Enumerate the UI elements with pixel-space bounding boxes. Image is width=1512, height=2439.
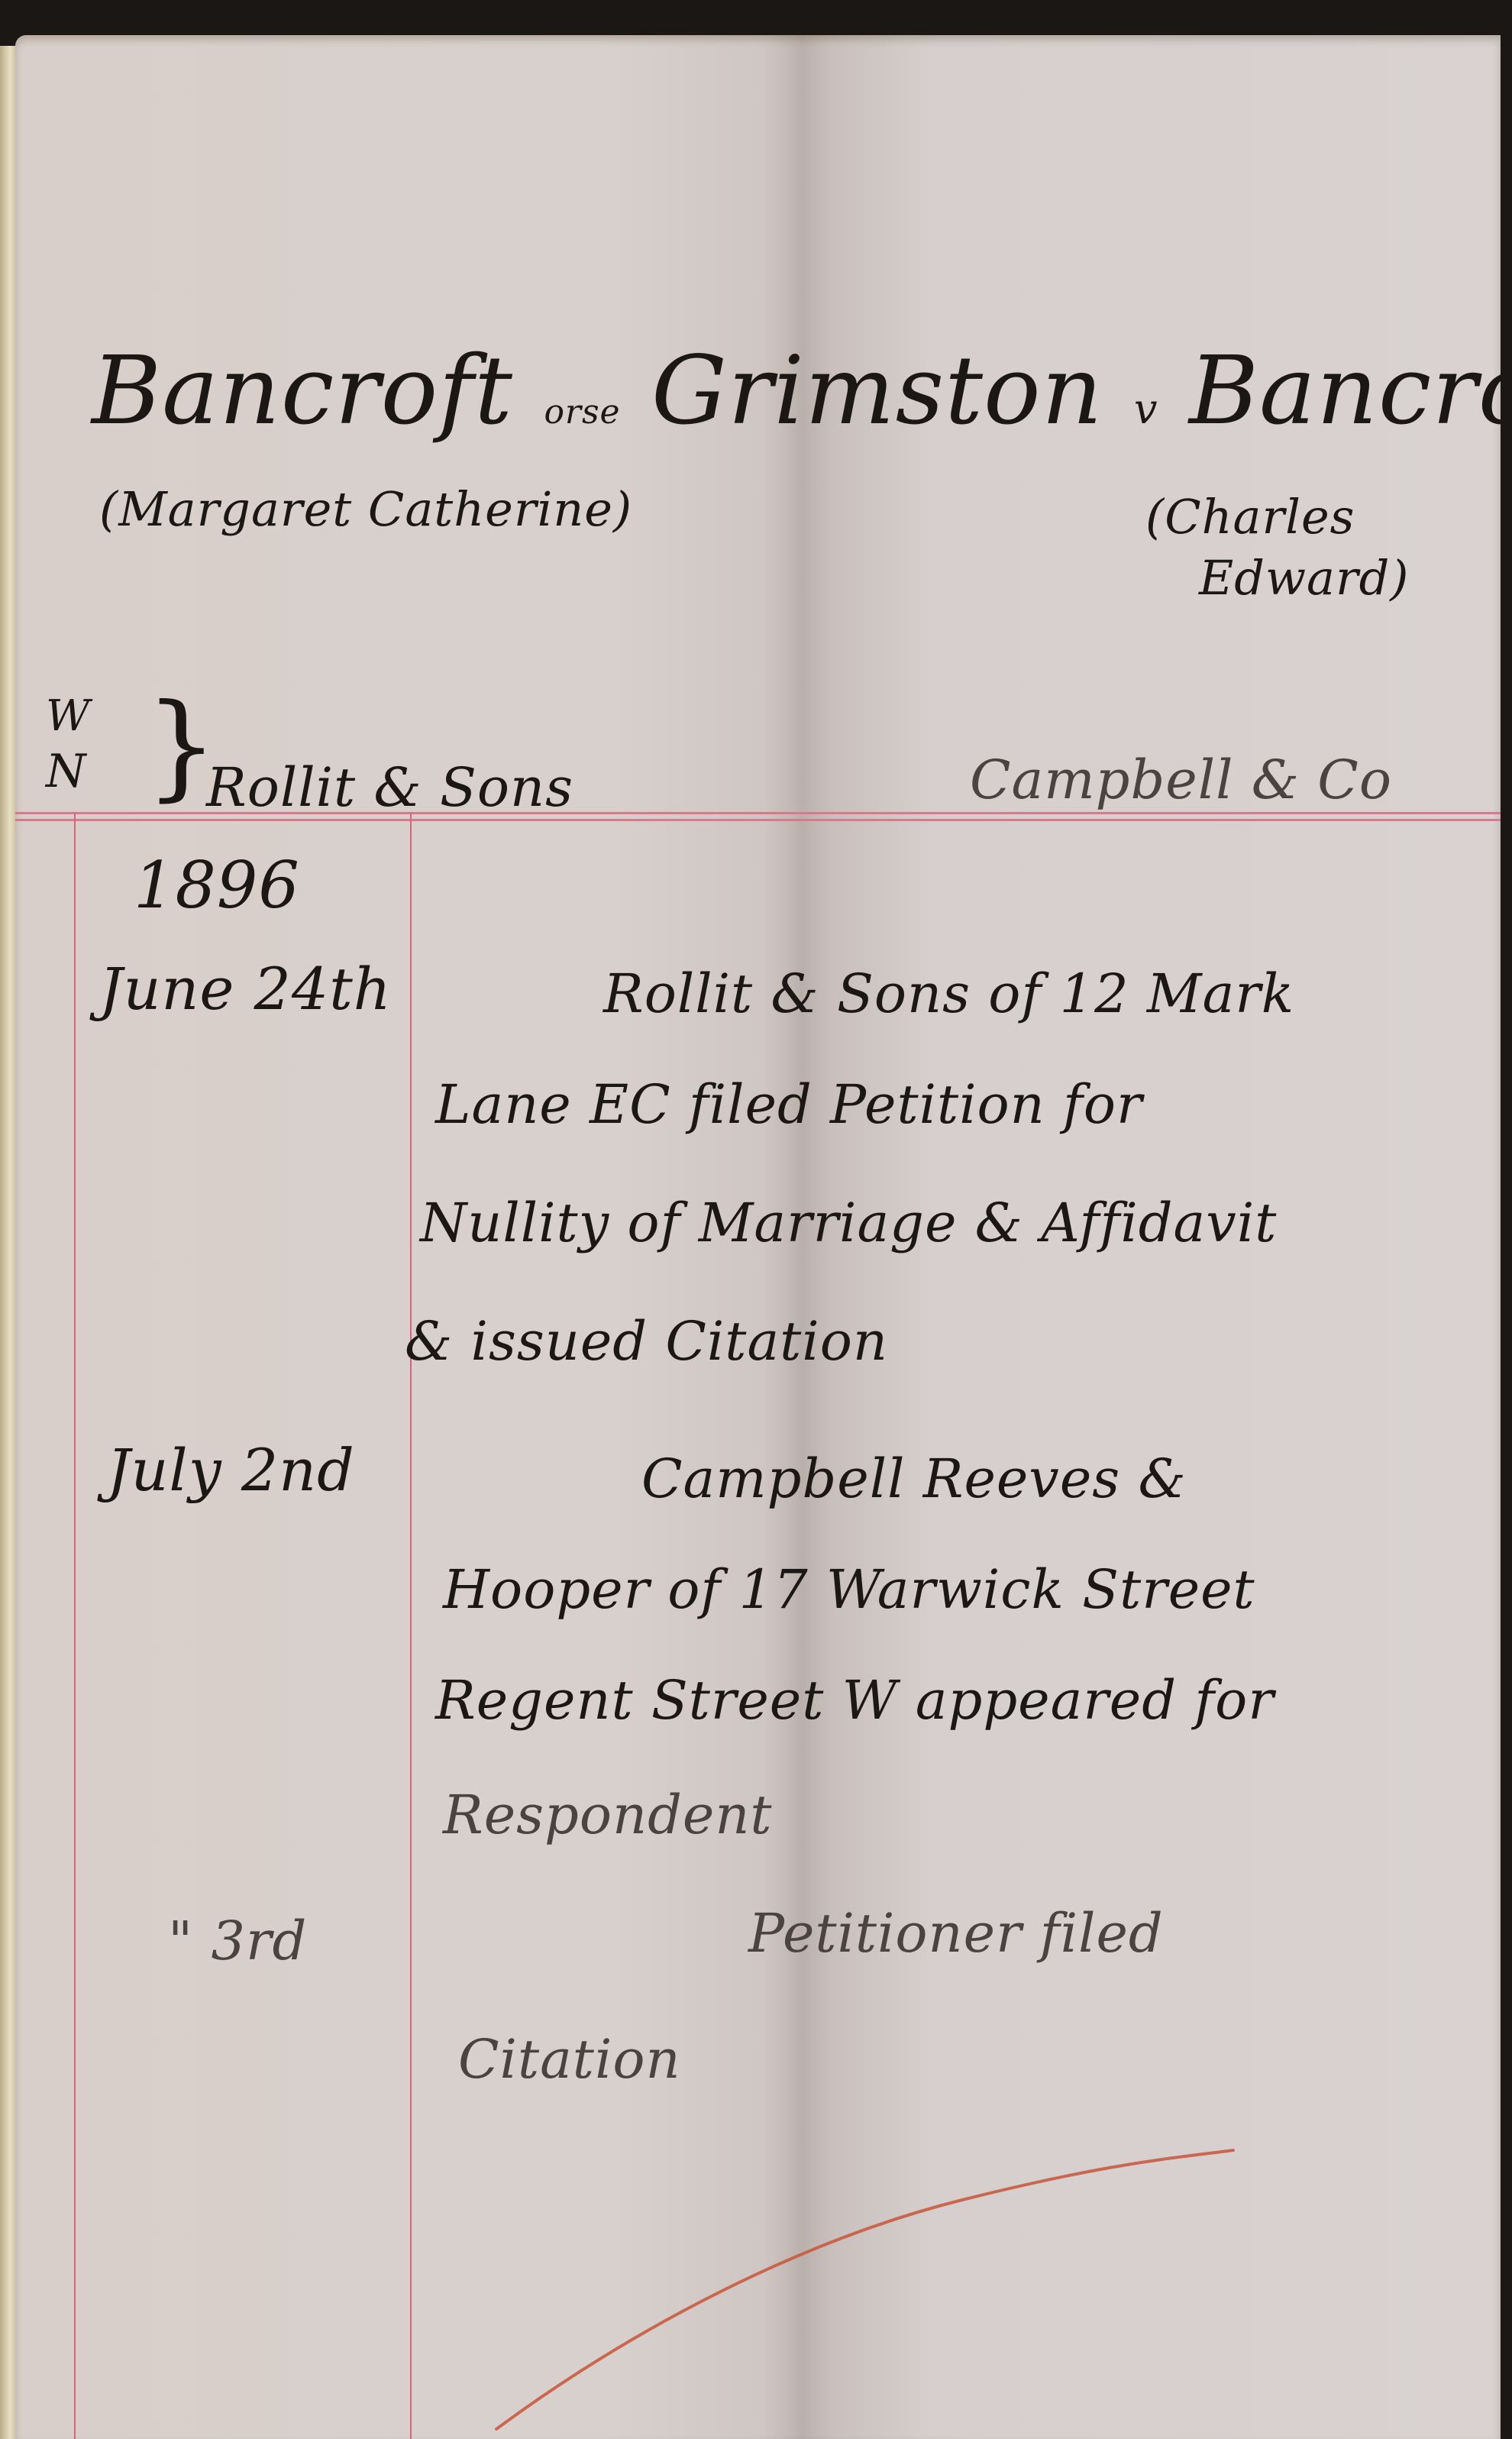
petitioner-solicitor: Rollit & Sons <box>206 756 573 819</box>
entry-date: July 2nd <box>107 1436 355 1504</box>
respondent-forenames-1: (Charles <box>1145 489 1355 545</box>
entry-year: 1896 <box>134 848 300 923</box>
case-title: Bancroft orse Grimston v Bancroft <box>92 336 1512 446</box>
alias-abbrev: orse <box>544 393 620 432</box>
respondent-surname: Bancroft <box>1189 336 1512 446</box>
entry-line: Hooper of 17 Warwick Street <box>443 1558 1255 1621</box>
margin-mark-w: W <box>46 691 91 741</box>
respondent-forenames-2: Edward) <box>1199 550 1410 606</box>
header-rule-1 <box>15 812 1501 814</box>
date-column-rule <box>410 812 412 2439</box>
petitioner-surname: Bancroft <box>92 336 513 446</box>
header-rule-2 <box>15 819 1501 821</box>
red-pencil-stroke <box>489 2146 1252 2437</box>
entry-date: " 3rd <box>168 1910 307 1972</box>
respondent-solicitor: Campbell & Co <box>970 749 1392 811</box>
entry-line: Rollit & Sons of 12 Mark <box>603 962 1294 1025</box>
entry-line: Respondent <box>443 1784 773 1846</box>
book-binding-edge <box>0 46 17 2439</box>
petitioner-alias: Grimston <box>651 336 1103 446</box>
petitioner-forenames: (Margaret Catherine) <box>99 481 632 537</box>
entry-line: & issued Citation <box>405 1310 888 1373</box>
entry-line: Campbell Reeves & <box>641 1448 1187 1510</box>
entry-date: June 24th <box>99 955 392 1023</box>
left-margin-rule <box>74 812 76 2439</box>
entry-line: Lane EC filed Petition for <box>435 1073 1142 1136</box>
versus: v <box>1134 385 1158 433</box>
entry-line: Regent Street W appeared for <box>435 1669 1275 1732</box>
margin-mark-n: N <box>46 745 87 798</box>
entry-line: Nullity of Marriage & Affidavit <box>420 1192 1277 1254</box>
entry-line: Petitioner filed <box>748 1902 1164 1965</box>
entry-line: Citation <box>458 2028 681 2091</box>
